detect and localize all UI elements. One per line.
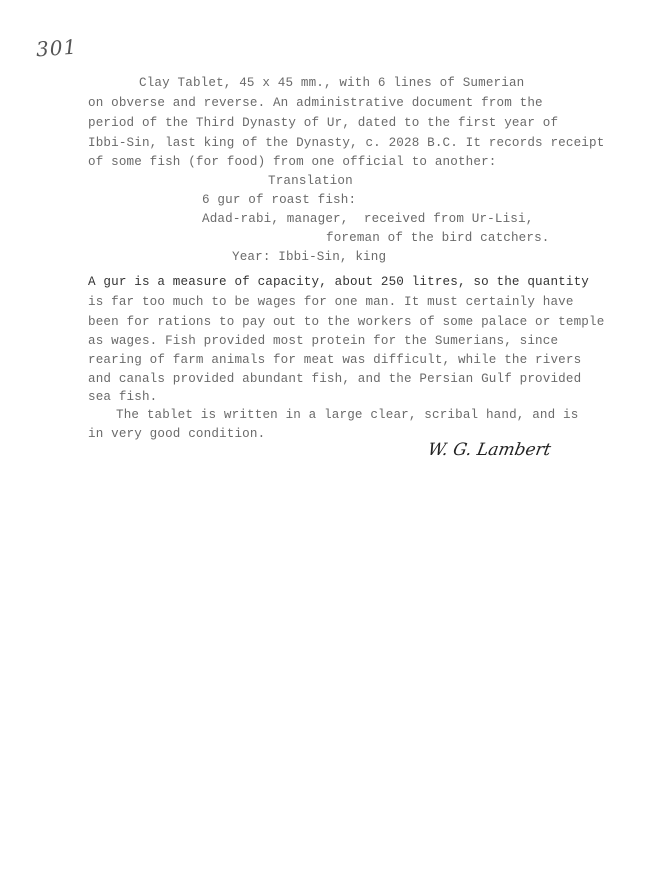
p3-line-2: in very good condition. xyxy=(88,427,265,441)
p2-line-7: sea fish. xyxy=(88,390,157,404)
p3-line-1: The tablet is written in a large clear, … xyxy=(116,408,578,422)
p2-line-4: as wages. Fish provided most protein for… xyxy=(88,334,558,348)
translation-heading: Translation xyxy=(268,174,353,188)
p1-line-5: of some fish (for food) from one officia… xyxy=(88,155,497,169)
translation-line-2: Adad-rabi, manager, received from Ur-Lis… xyxy=(202,212,533,226)
p1-line-1: Clay Tablet, 45 x 45 mm., with 6 lines o… xyxy=(139,76,524,90)
signature: W. G. Lambert xyxy=(426,440,552,460)
p2-line-1: A gur is a measure of capacity, about 25… xyxy=(88,275,589,289)
p1-line-2: on obverse and reverse. An administrativ… xyxy=(88,96,543,110)
translation-line-1: 6 gur of roast fish: xyxy=(202,193,356,207)
p1-line-3: period of the Third Dynasty of Ur, dated… xyxy=(88,116,558,130)
page-number: 301 xyxy=(35,35,78,62)
p2-line-3: been for rations to pay out to the worke… xyxy=(88,315,604,329)
translation-line-4: Year: Ibbi-Sin, king xyxy=(232,250,386,264)
document-page: 301 Clay Tablet, 45 x 45 mm., with 6 lin… xyxy=(0,0,668,885)
translation-line-3: foreman of the bird catchers. xyxy=(326,231,550,245)
p2-line-5: rearing of farm animals for meat was dif… xyxy=(88,353,581,367)
p1-line-4: Ibbi-Sin, last king of the Dynasty, c. 2… xyxy=(88,136,604,150)
p2-line-2: is far too much to be wages for one man.… xyxy=(88,295,574,309)
p2-line-6: and canals provided abundant fish, and t… xyxy=(88,372,581,386)
